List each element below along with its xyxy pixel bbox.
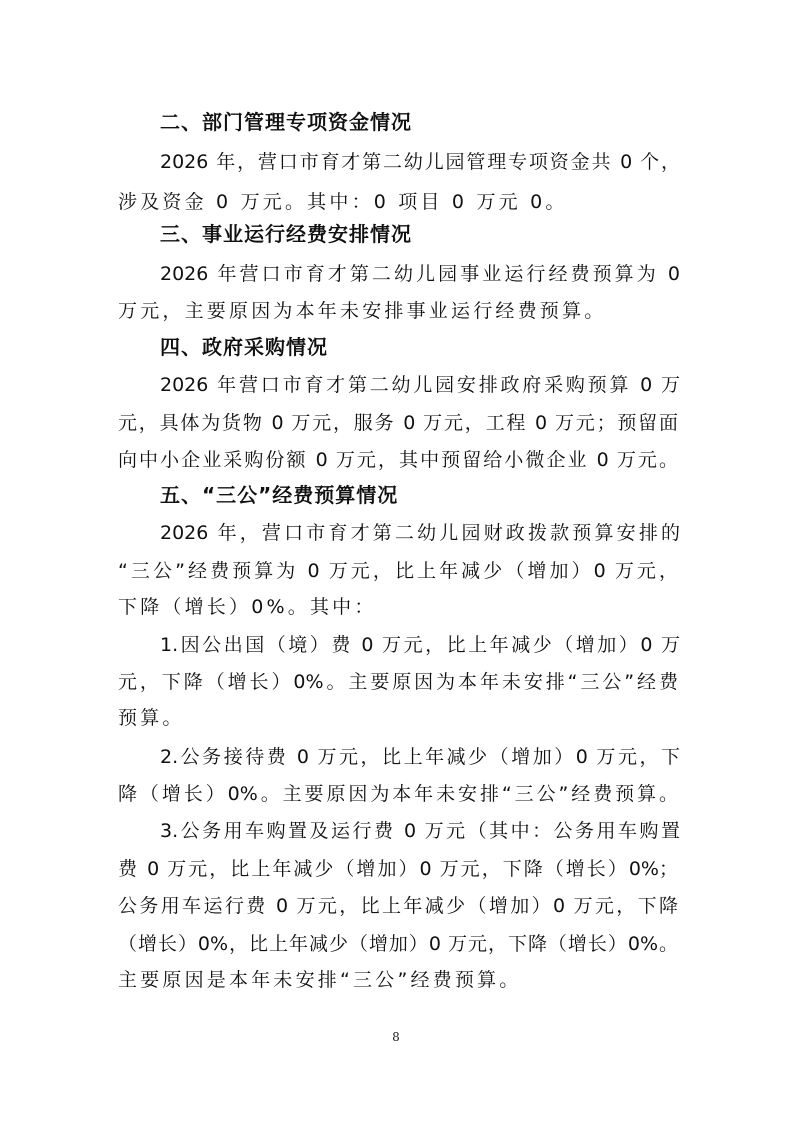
paragraph-line: 元，具体为货物 0 万元，服务 0 万元，工程 0 万元；预留面 [118, 408, 678, 438]
list-item-line: 1.因公出国（境）费 0 万元，比上年减少（增加）0 万 [160, 630, 680, 660]
list-item-line: 主要原因是本年未安排“三公”经费预算。 [118, 965, 678, 995]
paragraph-line: 下降（增长）0%。其中： [118, 592, 678, 622]
list-item-line: 公务用车运行费 0 万元，比上年减少（增加）0 万元，下降 [118, 891, 678, 921]
paragraph-line: 2026 年，营口市育才第二幼儿园财政拨款预算安排的 [160, 518, 680, 548]
section-heading: 二、部门管理专项资金情况 [160, 107, 720, 137]
list-item-line: 3.公务用车购置及运行费 0 万元（其中：公务用车购置 [160, 816, 680, 846]
list-item-line: 预算。 [118, 703, 678, 733]
paragraph-line: 2026 年，营口市育才第二幼儿园管理专项资金共 0 个， [160, 147, 680, 177]
section-heading: 三、事业运行经费安排情况 [160, 219, 720, 249]
list-item-line: 2.公务接待费 0 万元，比上年减少（增加）0 万元，下 [160, 742, 680, 772]
list-item-line: （增长）0%，比上年减少（增加）0 万元，下降（增长）0%。 [118, 929, 678, 959]
paragraph-line: 向中小企业采购份额 0 万元，其中预留给小微企业 0 万元。 [118, 445, 678, 475]
section-heading: 五、“三公”经费预算情况 [160, 480, 720, 510]
section-heading: 四、政府采购情况 [160, 332, 720, 362]
paragraph-line: “三公”经费预算为 0 万元，比上年减少（增加）0 万元， [118, 556, 678, 586]
list-item-line: 降（增长）0%。主要原因为本年未安排“三公”经费预算。 [118, 779, 678, 809]
paragraph-line: 万元，主要原因为本年未安排事业运行经费预算。 [118, 296, 678, 326]
paragraph-line: 2026 年营口市育才第二幼儿园事业运行经费预算为 0 [160, 259, 680, 289]
page-number: 8 [386, 1030, 406, 1044]
list-item-line: 元，下降（增长）0%。主要原因为本年未安排“三公”经费 [118, 667, 678, 697]
document-page: 二、部门管理专项资金情况 2026 年，营口市育才第二幼儿园管理专项资金共 0 … [0, 0, 793, 1122]
paragraph-line: 2026 年营口市育才第二幼儿园安排政府采购预算 0 万 [160, 370, 680, 400]
paragraph-line: 涉及资金 0 万元。其中：0 项目 0 万元 0。 [118, 187, 678, 217]
list-item-line: 费 0 万元，比上年减少（增加）0 万元，下降（增长）0%； [118, 854, 678, 884]
